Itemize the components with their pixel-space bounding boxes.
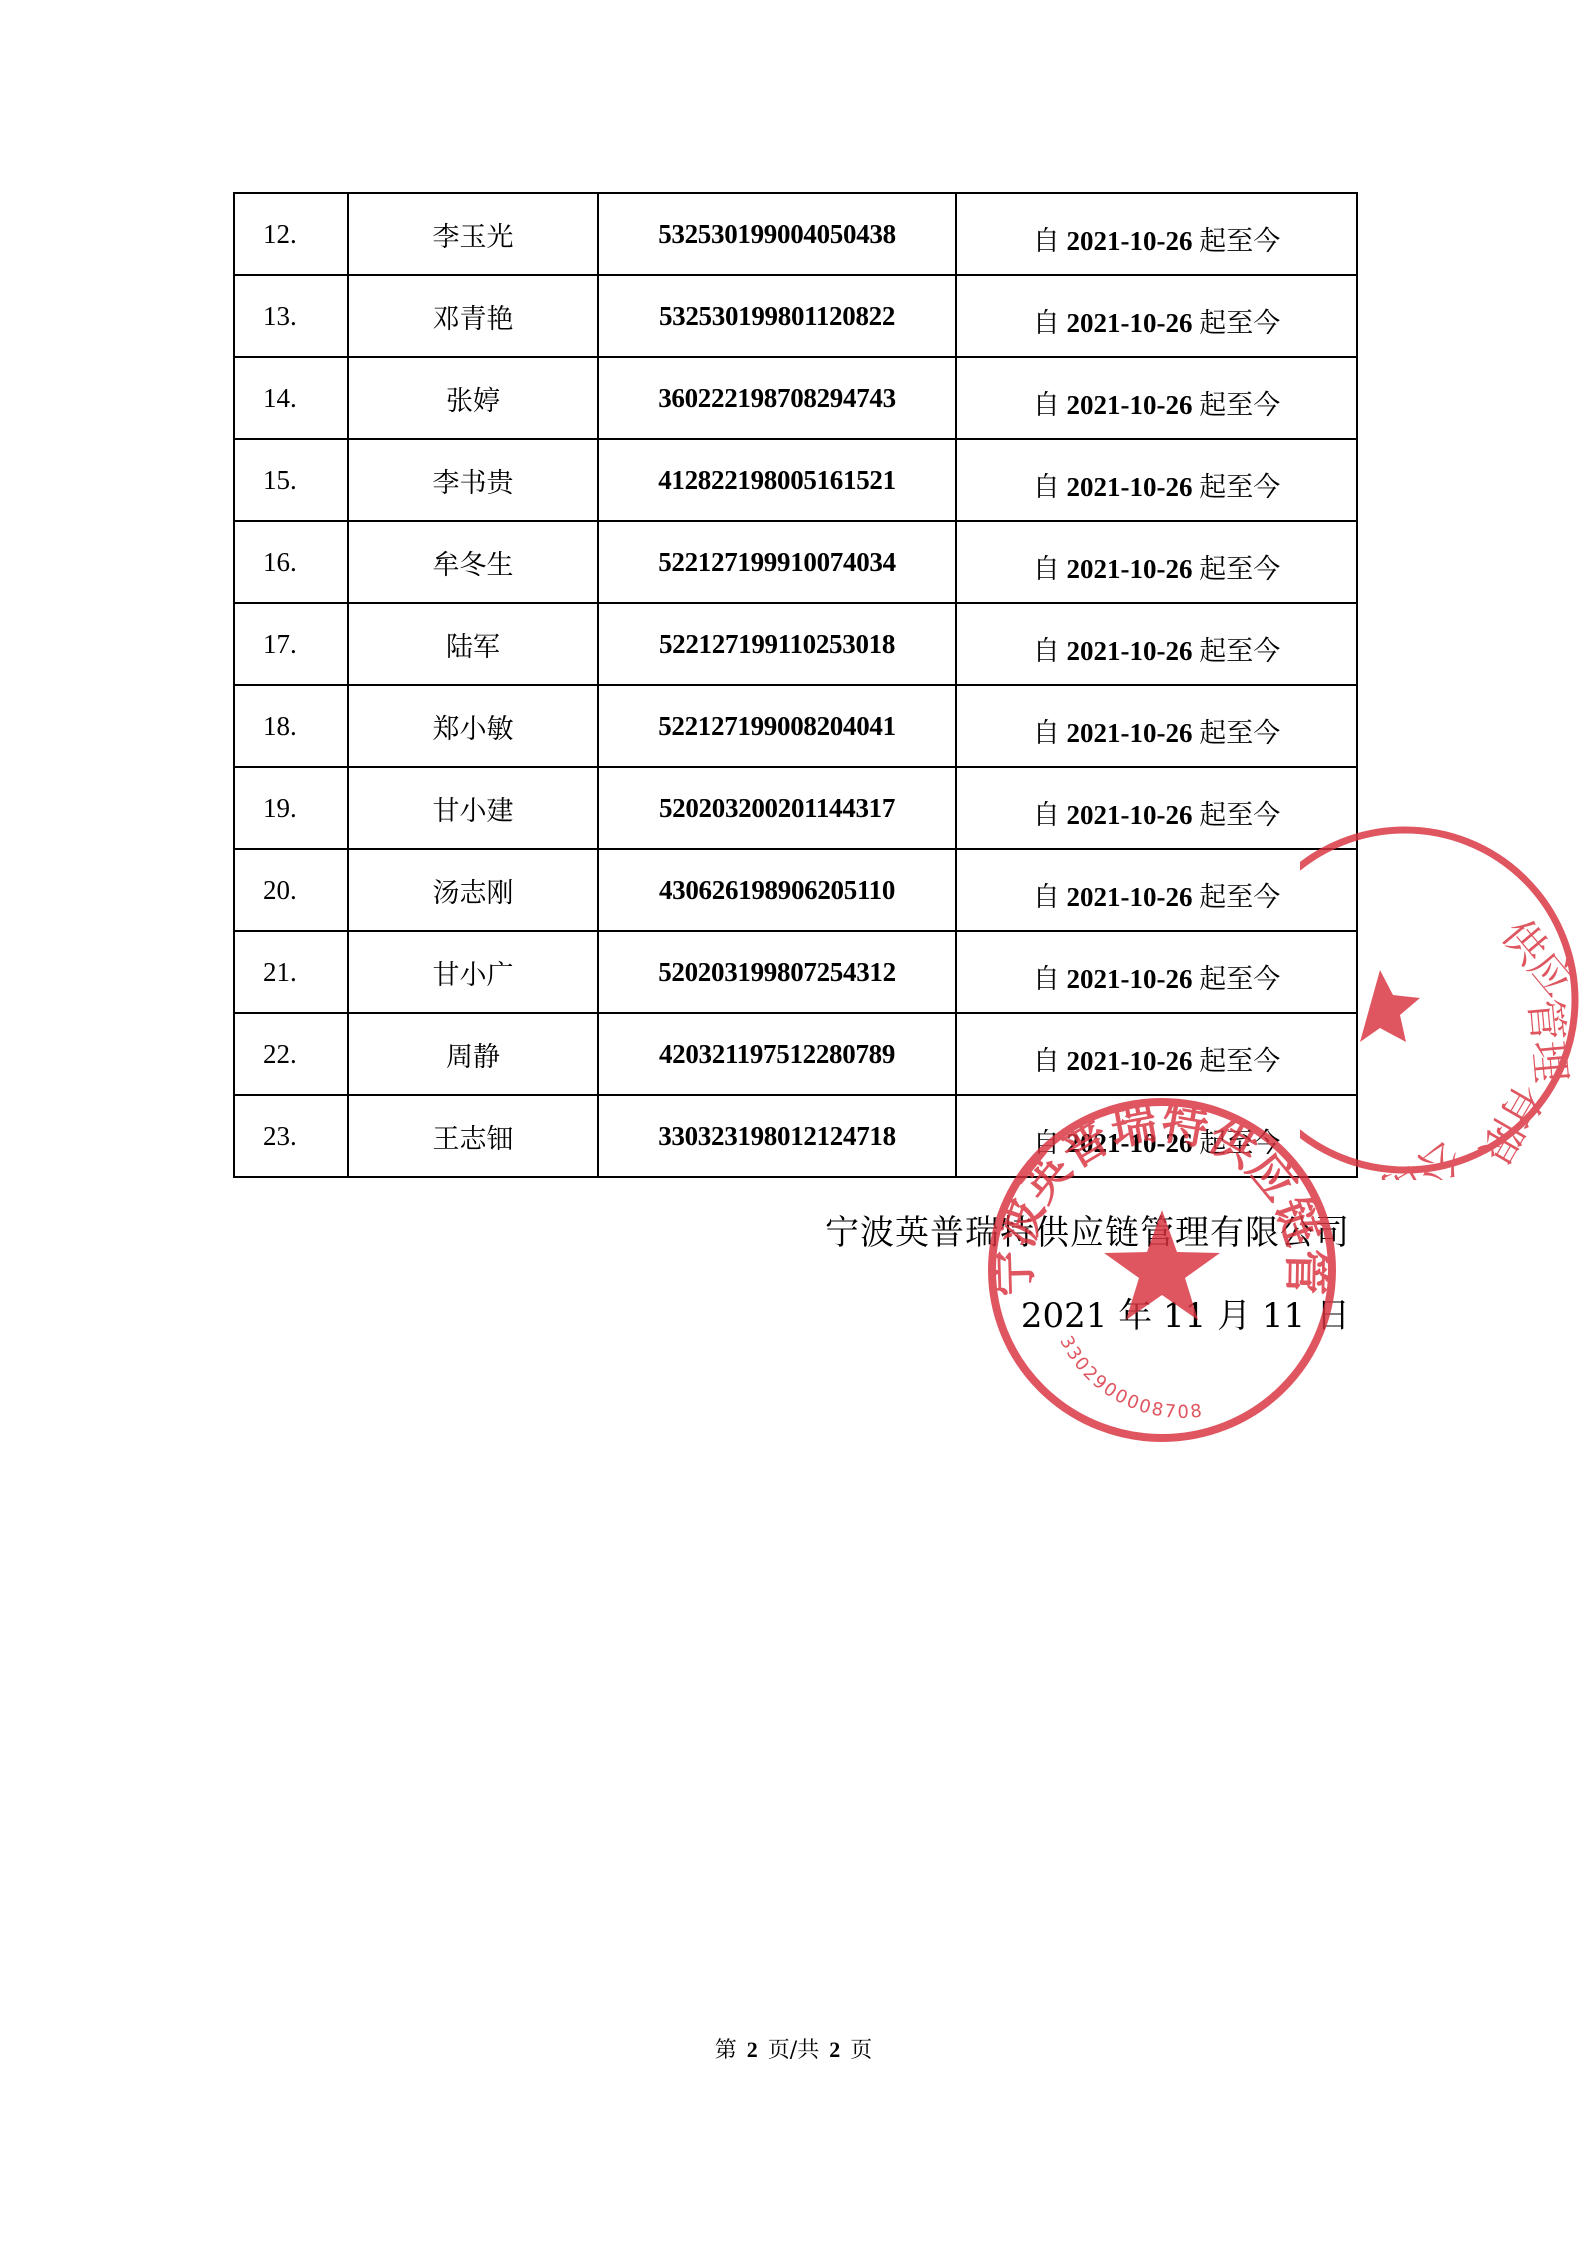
period-prefix: 自 bbox=[1033, 636, 1060, 666]
period-prefix: 自 bbox=[1033, 718, 1060, 748]
period-suffix: 起至今 bbox=[1199, 308, 1280, 338]
table-row: 18.郑小敏522127199008204041自 2021-10-26 起至今 bbox=[234, 685, 1357, 767]
period-suffix: 起至今 bbox=[1199, 882, 1280, 912]
employee-table: 12.李玉光532530199004050438自 2021-10-26 起至今… bbox=[233, 192, 1358, 1178]
id-number: 412822198005161521 bbox=[598, 439, 956, 521]
period-prefix: 自 bbox=[1033, 1046, 1060, 1076]
company-signature: 宁波英普瑞特供应链管理有限公司 bbox=[825, 1205, 1350, 1254]
employment-period: 自 2021-10-26 起至今 bbox=[956, 603, 1357, 685]
employee-name: 邓青艳 bbox=[348, 275, 598, 357]
table-row: 21.甘小广520203199807254312自 2021-10-26 起至今 bbox=[234, 931, 1357, 1013]
period-start-date: 2021-10-26 bbox=[1067, 800, 1193, 830]
row-index: 18. bbox=[234, 685, 348, 767]
document-page: 12.李玉光532530199004050438自 2021-10-26 起至今… bbox=[0, 0, 1587, 2245]
employment-period: 自 2021-10-26 起至今 bbox=[956, 685, 1357, 767]
table-row: 20.汤志刚430626198906205110自 2021-10-26 起至今 bbox=[234, 849, 1357, 931]
employment-period: 自 2021-10-26 起至今 bbox=[956, 439, 1357, 521]
period-start-date: 2021-10-26 bbox=[1067, 390, 1193, 420]
table-row: 12.李玉光532530199004050438自 2021-10-26 起至今 bbox=[234, 193, 1357, 275]
total-pages-number: 2 bbox=[829, 2037, 840, 2062]
employment-period: 自 2021-10-26 起至今 bbox=[956, 1095, 1357, 1177]
svg-text:3302900008708: 3302900008708 bbox=[1055, 1333, 1205, 1423]
employee-name: 牟冬生 bbox=[348, 521, 598, 603]
period-start-date: 2021-10-26 bbox=[1067, 882, 1193, 912]
table-row: 19.甘小建520203200201144317自 2021-10-26 起至今 bbox=[234, 767, 1357, 849]
employee-name: 李玉光 bbox=[348, 193, 598, 275]
row-index: 16. bbox=[234, 521, 348, 603]
row-index: 23. bbox=[234, 1095, 348, 1177]
employee-name: 张婷 bbox=[348, 357, 598, 439]
period-prefix: 自 bbox=[1033, 472, 1060, 502]
id-number: 360222198708294743 bbox=[598, 357, 956, 439]
period-suffix: 起至今 bbox=[1199, 554, 1280, 584]
period-start-date: 2021-10-26 bbox=[1067, 226, 1193, 256]
footer-middle: 页/共 bbox=[768, 2038, 819, 2063]
period-prefix: 自 bbox=[1033, 308, 1060, 338]
period-prefix: 自 bbox=[1033, 964, 1060, 994]
svg-text:供应: 供应 bbox=[1492, 910, 1584, 1006]
employee-name: 陆军 bbox=[348, 603, 598, 685]
table-row: 15.李书贵412822198005161521自 2021-10-26 起至今 bbox=[234, 439, 1357, 521]
table-row: 22.周静420321197512280789自 2021-10-26 起至今 bbox=[234, 1013, 1357, 1095]
row-index: 21. bbox=[234, 931, 348, 1013]
period-start-date: 2021-10-26 bbox=[1067, 636, 1193, 666]
svg-text:管理: 管理 bbox=[1520, 997, 1576, 1085]
current-page-number: 2 bbox=[747, 2037, 758, 2062]
page-footer: 第2页/共2页 bbox=[0, 2033, 1587, 2064]
row-index: 22. bbox=[234, 1013, 348, 1095]
period-suffix: 起至今 bbox=[1199, 1128, 1280, 1158]
footer-prefix: 第 bbox=[715, 2038, 737, 2063]
period-prefix: 自 bbox=[1033, 554, 1060, 584]
row-index: 19. bbox=[234, 767, 348, 849]
employee-name: 汤志刚 bbox=[348, 849, 598, 931]
period-prefix: 自 bbox=[1033, 1128, 1060, 1158]
employment-period: 自 2021-10-26 起至今 bbox=[956, 1013, 1357, 1095]
employment-period: 自 2021-10-26 起至今 bbox=[956, 767, 1357, 849]
period-suffix: 起至今 bbox=[1199, 226, 1280, 256]
period-start-date: 2021-10-26 bbox=[1067, 1128, 1193, 1158]
period-prefix: 自 bbox=[1033, 390, 1060, 420]
id-number: 522127199008204041 bbox=[598, 685, 956, 767]
table-row: 16.牟冬生522127199910074034自 2021-10-26 起至今 bbox=[234, 521, 1357, 603]
id-number: 522127199110253018 bbox=[598, 603, 956, 685]
svg-text:公司: 公司 bbox=[1372, 1131, 1469, 1180]
employee-name: 周静 bbox=[348, 1013, 598, 1095]
row-index: 13. bbox=[234, 275, 348, 357]
period-prefix: 自 bbox=[1033, 882, 1060, 912]
period-prefix: 自 bbox=[1033, 226, 1060, 256]
period-suffix: 起至今 bbox=[1199, 964, 1280, 994]
employment-period: 自 2021-10-26 起至今 bbox=[956, 849, 1357, 931]
period-start-date: 2021-10-26 bbox=[1067, 554, 1193, 584]
period-start-date: 2021-10-26 bbox=[1067, 718, 1193, 748]
id-number: 330323198012124718 bbox=[598, 1095, 956, 1177]
id-number: 532530199004050438 bbox=[598, 193, 956, 275]
employee-name: 甘小建 bbox=[348, 767, 598, 849]
table-row: 23.王志钿330323198012124718自 2021-10-26 起至今 bbox=[234, 1095, 1357, 1177]
table-row: 17.陆军522127199110253018自 2021-10-26 起至今 bbox=[234, 603, 1357, 685]
period-suffix: 起至今 bbox=[1199, 636, 1280, 666]
employee-name: 甘小广 bbox=[348, 931, 598, 1013]
id-number: 520203200201144317 bbox=[598, 767, 956, 849]
signature-date: 2021 年 11 月 11 日 bbox=[1021, 1288, 1350, 1337]
period-suffix: 起至今 bbox=[1199, 1046, 1280, 1076]
footer-suffix: 页 bbox=[850, 2038, 872, 2063]
id-number: 420321197512280789 bbox=[598, 1013, 956, 1095]
id-number: 430626198906205110 bbox=[598, 849, 956, 931]
period-start-date: 2021-10-26 bbox=[1067, 308, 1193, 338]
id-number: 522127199910074034 bbox=[598, 521, 956, 603]
employment-period: 自 2021-10-26 起至今 bbox=[956, 275, 1357, 357]
period-suffix: 起至今 bbox=[1199, 800, 1280, 830]
employee-name: 李书贵 bbox=[348, 439, 598, 521]
svg-text:有限: 有限 bbox=[1469, 1075, 1553, 1172]
period-suffix: 起至今 bbox=[1199, 718, 1280, 748]
row-index: 20. bbox=[234, 849, 348, 931]
period-suffix: 起至今 bbox=[1199, 472, 1280, 502]
employee-name: 王志钿 bbox=[348, 1095, 598, 1177]
id-number: 532530199801120822 bbox=[598, 275, 956, 357]
period-start-date: 2021-10-26 bbox=[1067, 964, 1193, 994]
id-number: 520203199807254312 bbox=[598, 931, 956, 1013]
employee-name: 郑小敏 bbox=[348, 685, 598, 767]
table-row: 13.邓青艳532530199801120822自 2021-10-26 起至今 bbox=[234, 275, 1357, 357]
row-index: 17. bbox=[234, 603, 348, 685]
period-prefix: 自 bbox=[1033, 800, 1060, 830]
row-index: 14. bbox=[234, 357, 348, 439]
employment-period: 自 2021-10-26 起至今 bbox=[956, 521, 1357, 603]
period-start-date: 2021-10-26 bbox=[1067, 472, 1193, 502]
period-start-date: 2021-10-26 bbox=[1067, 1046, 1193, 1076]
row-index: 15. bbox=[234, 439, 348, 521]
employment-period: 自 2021-10-26 起至今 bbox=[956, 193, 1357, 275]
employment-period: 自 2021-10-26 起至今 bbox=[956, 931, 1357, 1013]
table-row: 14.张婷360222198708294743自 2021-10-26 起至今 bbox=[234, 357, 1357, 439]
row-index: 12. bbox=[234, 193, 348, 275]
period-suffix: 起至今 bbox=[1199, 390, 1280, 420]
employee-table-body: 12.李玉光532530199004050438自 2021-10-26 起至今… bbox=[234, 193, 1357, 1177]
employment-period: 自 2021-10-26 起至今 bbox=[956, 357, 1357, 439]
